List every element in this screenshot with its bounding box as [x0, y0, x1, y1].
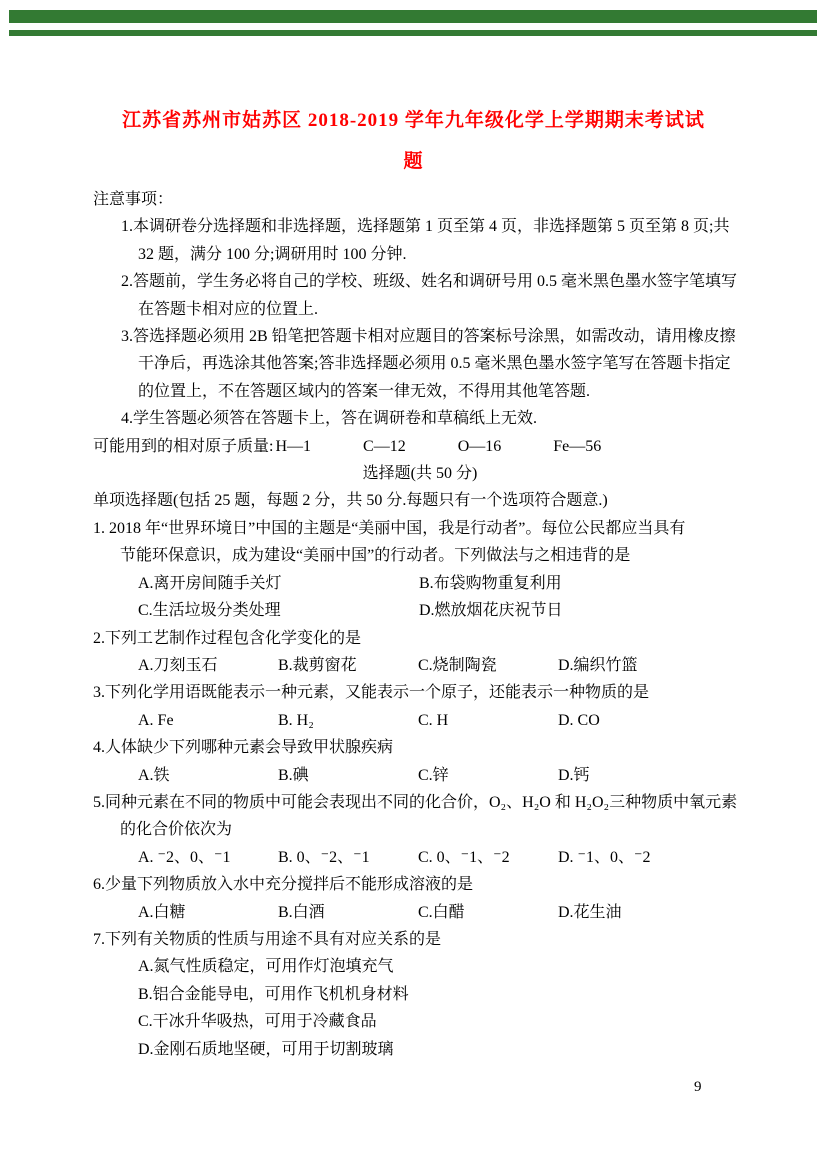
- question-2-option-row-1: A.刀刻玉石B.裁剪窗花C.烧制陶瓷D.编织竹篮: [138, 652, 747, 679]
- question-1-stem-line-1: 1. 2018 年“世界环境日”中国的主题是“美丽中国，我是行动者”。每位公民都…: [93, 515, 747, 542]
- notice-item-2-line-2: 在答题卡相对应的位置上.: [93, 296, 747, 323]
- question-6-option-A: A.白糖: [138, 899, 278, 926]
- section-intro: 单项选择题(包括 25 题，每题 2 分，共 50 分.每题只有一个选项符合题意…: [93, 487, 747, 514]
- question-7-stem-line-1: 7.下列有关物质的性质与用途不具有对应关系的是: [93, 926, 747, 953]
- question-1-option-row-2: C.生活垃圾分类处理D.燃放烟花庆祝节日: [138, 597, 747, 624]
- question-3-stem-line-1: 3.下列化学用语既能表示一种元素，又能表示一个原子，还能表示一种物质的是: [93, 679, 747, 706]
- question-6-stem-line-1: 6.少量下列物质放入水中充分搅拌后不能形成溶液的是: [93, 871, 747, 898]
- question-1-stem-line-2: 节能环保意识，成为建设“美丽中国”的行动者。下列做法与之相违背的是: [93, 542, 747, 569]
- atomic-mass-line: 可能用到的相对原子质量:H—1C—12O—16Fe—56: [93, 433, 747, 460]
- question-4-option-D: D.钙: [558, 762, 590, 789]
- question-5-option-D: D. ⁻1、0、⁻2: [558, 844, 650, 871]
- question-4-option-C: C.锌: [418, 762, 558, 789]
- question-2-option-B: B.裁剪窗花: [278, 652, 418, 679]
- question-2-option-A: A.刀刻玉石: [138, 652, 278, 679]
- question-3-option-B: B. H₂: [278, 707, 418, 734]
- question-1-option-D: D.燃放烟花庆祝节日: [419, 597, 563, 624]
- atomic-mass-entry-2: C—12: [363, 433, 406, 460]
- question-5-option-A: A. ⁻2、0、⁻1: [138, 844, 278, 871]
- question-5-stem-line-2: 的化合价依次为: [93, 816, 747, 843]
- question-4-option-row-1: A.铁B.碘C.锌D.钙: [138, 762, 747, 789]
- question-5-option-B: B. 0、⁻2、⁻1: [278, 844, 418, 871]
- question-5-option-C: C. 0、⁻1、⁻2: [418, 844, 558, 871]
- question-7-option-row-2: B.铝合金能导电，可用作飞机机身材料: [138, 981, 747, 1008]
- question-3-option-C: C. H: [418, 707, 558, 734]
- question-list: 1. 2018 年“世界环境日”中国的主题是“美丽中国，我是行动者”。每位公民都…: [93, 515, 747, 1063]
- exam-paper-page: 江苏省苏州市姑苏区 2018-2019 学年九年级化学上学期期末考试试 题 注意…: [0, 0, 827, 1170]
- question-1: 1. 2018 年“世界环境日”中国的主题是“美丽中国，我是行动者”。每位公民都…: [93, 515, 747, 625]
- question-6: 6.少量下列物质放入水中充分搅拌后不能形成溶液的是A.白糖B.白酒C.白醋D.花…: [93, 871, 747, 926]
- question-2-option-D: D.编织竹篮: [558, 652, 638, 679]
- top-border-thick-line: [9, 10, 817, 23]
- question-5: 5.同种元素在不同的物质中可能会表现出不同的化合价，O₂、H₂O 和 H₂O₂三…: [93, 789, 747, 871]
- notice-item-1-line-2: 32 题，满分 100 分;调研用时 100 分钟.: [93, 241, 747, 268]
- question-6-option-B: B.白酒: [278, 899, 418, 926]
- notice-item-3-line-2: 干净后，再选涂其他答案;答非选择题必须用 0.5 毫米黑色墨水签字笔写在答题卡指…: [93, 350, 747, 377]
- question-1-option-B: B.布袋购物重复利用: [419, 570, 562, 597]
- top-border-thin-line: [9, 30, 817, 36]
- question-3-option-row-1: A. FeB. H₂C. HD. CO: [138, 707, 747, 734]
- notice-heading: 注意事项：: [93, 186, 747, 213]
- question-1-option-row-1: A.离开房间随手关灯B.布袋购物重复利用: [138, 570, 747, 597]
- question-4-stem-line-1: 4.人体缺少下列哪种元素会导致甲状腺疾病: [93, 734, 747, 761]
- notice-item-1-line-1: 1.本调研卷分选择题和非选择题，选择题第 1 页至第 4 页，非选择题第 5 页…: [93, 213, 747, 240]
- question-6-option-C: C.白醋: [418, 899, 558, 926]
- question-7-option-row-1: A.氮气性质稳定，可用作灯泡填充气: [138, 953, 747, 980]
- atomic-mass-entry-1: H—1: [275, 433, 311, 460]
- decorative-top-border: [9, 10, 817, 36]
- atomic-mass-entries: H—1C—12O—16Fe—56: [275, 438, 653, 455]
- question-7-option-row-4: D.金刚石质地坚硬，可用于切割玻璃: [138, 1036, 747, 1063]
- exam-body: 注意事项： 1.本调研卷分选择题和非选择题，选择题第 1 页至第 4 页，非选择…: [93, 186, 747, 1063]
- atomic-mass-entry-4: Fe—56: [553, 433, 601, 460]
- question-4-option-B: B.碘: [278, 762, 418, 789]
- question-3: 3.下列化学用语既能表示一种元素，又能表示一个原子，还能表示一种物质的是A. F…: [93, 679, 747, 734]
- notice-items: 1.本调研卷分选择题和非选择题，选择题第 1 页至第 4 页，非选择题第 5 页…: [93, 213, 747, 432]
- question-7-option-B: B.铝合金能导电，可用作飞机机身材料: [138, 981, 409, 1008]
- question-5-stem-line-1: 5.同种元素在不同的物质中可能会表现出不同的化合价，O₂、H₂O 和 H₂O₂三…: [93, 789, 747, 816]
- question-6-option-row-1: A.白糖B.白酒C.白醋D.花生油: [138, 899, 747, 926]
- question-2-option-C: C.烧制陶瓷: [418, 652, 558, 679]
- question-2-stem-line-1: 2.下列工艺制作过程包含化学变化的是: [93, 625, 747, 652]
- question-7-option-A: A.氮气性质稳定，可用作灯泡填充气: [138, 953, 394, 980]
- question-4: 4.人体缺少下列哪种元素会导致甲状腺疾病A.铁B.碘C.锌D.钙: [93, 734, 747, 789]
- atomic-mass-entry-3: O—16: [458, 433, 502, 460]
- question-6-option-D: D.花生油: [558, 899, 622, 926]
- question-4-option-A: A.铁: [138, 762, 278, 789]
- question-7: 7.下列有关物质的性质与用途不具有对应关系的是A.氮气性质稳定，可用作灯泡填充气…: [93, 926, 747, 1063]
- exam-title-line-1: 江苏省苏州市姑苏区 2018-2019 学年九年级化学上学期期末考试试: [0, 100, 827, 141]
- notice-item-3-line-1: 3.答选择题必须用 2B 铅笔把答题卡相对应题目的答案标号涂黑，如需改动，请用橡…: [93, 323, 747, 350]
- question-7-option-C: C.干冰升华吸热，可用于冷藏食品: [138, 1008, 377, 1035]
- question-7-option-row-3: C.干冰升华吸热，可用于冷藏食品: [138, 1008, 747, 1035]
- section-header: 选择题(共 50 分): [93, 460, 747, 487]
- question-7-option-D: D.金刚石质地坚硬，可用于切割玻璃: [138, 1036, 394, 1063]
- question-5-option-row-1: A. ⁻2、0、⁻1B. 0、⁻2、⁻1C. 0、⁻1、⁻2D. ⁻1、0、⁻2: [138, 844, 747, 871]
- exam-title-line-2: 题: [0, 141, 827, 182]
- notice-item-2-line-1: 2.答题前，学生务必将自己的学校、班级、姓名和调研号用 0.5 毫米黑色墨水签字…: [93, 268, 747, 295]
- question-1-option-C: C.生活垃圾分类处理: [138, 597, 419, 624]
- notice-item-4-line-1: 4.学生答题必须答在答题卡上，答在调研卷和草稿纸上无效.: [93, 405, 747, 432]
- notice-item-3-line-3: 的位置上，不在答题区域内的答案一律无效，不得用其他笔答题.: [93, 378, 747, 405]
- question-2: 2.下列工艺制作过程包含化学变化的是A.刀刻玉石B.裁剪窗花C.烧制陶瓷D.编织…: [93, 625, 747, 680]
- question-3-option-D: D. CO: [558, 707, 600, 734]
- exam-title: 江苏省苏州市姑苏区 2018-2019 学年九年级化学上学期期末考试试 题: [0, 100, 827, 182]
- question-1-option-A: A.离开房间随手关灯: [138, 570, 419, 597]
- question-3-option-A: A. Fe: [138, 707, 278, 734]
- top-border-gap: [9, 23, 817, 30]
- page-number: 9: [694, 1077, 702, 1097]
- atomic-mass-label: 可能用到的相对原子质量:: [93, 438, 273, 455]
